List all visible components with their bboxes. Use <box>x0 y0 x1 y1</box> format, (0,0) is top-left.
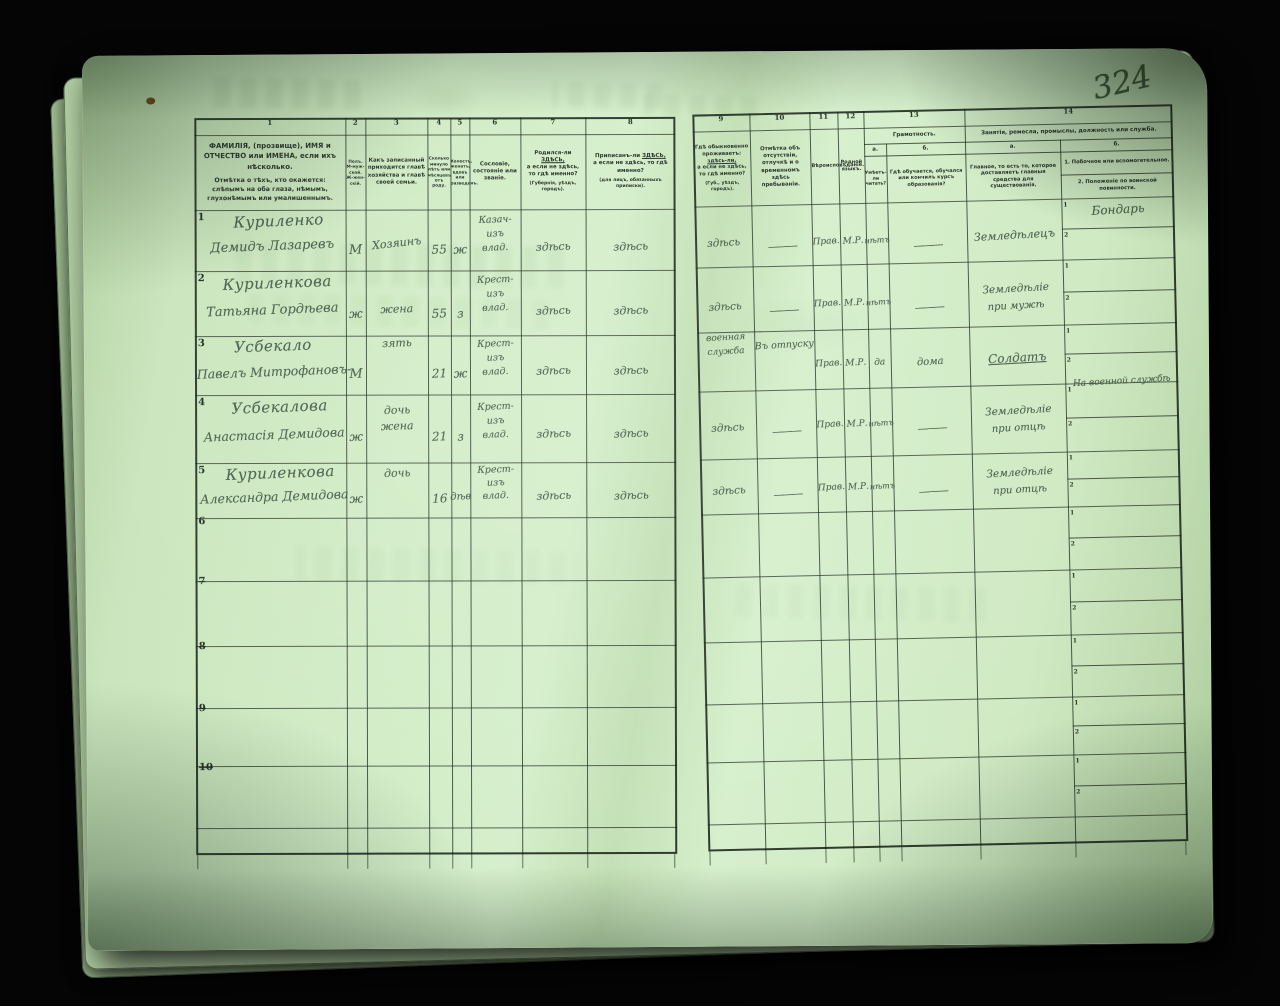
header-col13a: Умѣетъ-ли читать? <box>864 156 887 201</box>
subcell-numeral: 2 <box>1076 788 1086 795</box>
hw-reads: нѣтъ <box>869 482 895 491</box>
hw-estate: Казач- <box>469 214 520 225</box>
subcell-numeral: 1 <box>1070 509 1080 516</box>
header-col9: Гдѣ обыкновенно проживаетъ: здѣсь-ли, а … <box>694 132 751 204</box>
book-fold-shadow <box>82 48 1207 56</box>
header-col4: Сколько минуло лѣтъ или мѣсяцевъ отъ род… <box>427 136 450 207</box>
header-col13a-label: а. <box>864 143 886 155</box>
hw-estate: влад. <box>470 490 521 501</box>
header-col7-pre: Родился-ли <box>534 150 571 156</box>
hw-estate: влад. <box>470 242 521 253</box>
header-col11: Вѣроисповѣданіе. <box>811 131 839 203</box>
header-col8-line2: а если не здѣсь, то гдѣ именно? <box>587 160 673 175</box>
header-col8: Приписанъ-ли ЗДѢСЬ, а если не здѣсь, то … <box>587 136 673 207</box>
col-number-3: 3 <box>365 118 427 134</box>
header-col14a: Главное, то есть то, которое доставляетъ… <box>969 153 1057 200</box>
hw-reads: нѣтъ <box>864 236 890 245</box>
header-col9-line1: Гдѣ обыкновенно проживаетъ: здѣсь-ли, <box>694 144 749 165</box>
header-col14b1: 1. Побочное или вспомогательное. <box>1062 150 1171 173</box>
hw-language: М.Р. <box>844 419 870 429</box>
hw-marital: ж <box>449 367 472 380</box>
hw-estate: изъ <box>470 288 521 299</box>
header-col14b2: 2. Положеніе по воинской повинности. <box>1063 173 1172 196</box>
col-number-7: 7 <box>520 117 585 133</box>
header-col12: Родной языкъ. <box>839 130 865 202</box>
open-book-spread: 324 1 2 3 4 5 6 7 8 ФАМИЛІЯ, (прозвище),… <box>82 48 1213 951</box>
row-number: 9 <box>199 703 215 714</box>
subcell-numeral: 1 <box>1071 572 1081 579</box>
col-number-10: 10 <box>749 112 809 129</box>
subcell-numeral: 1 <box>1069 454 1079 461</box>
col-number-12: 12 <box>837 111 863 128</box>
hw-marital: з <box>449 430 472 443</box>
left-page-table: 1 2 3 4 5 6 7 8 ФАМИЛІЯ, (прозвище), ИМЯ… <box>194 117 677 855</box>
header-col1: ФАМИЛІЯ, (прозвище), ИМЯ и ОТЧЕСТВО или … <box>198 137 341 208</box>
bleed-smudge <box>210 77 361 110</box>
subcell-numeral: 1 <box>1073 637 1083 644</box>
binding-hole <box>146 97 155 104</box>
header-col14b-label: б. <box>1060 137 1173 151</box>
header-col9-line2: а если не здѣсь, то гдѣ именно? <box>694 164 749 179</box>
header-col8-pre: Приписанъ-ли <box>595 153 640 159</box>
bleed-crest-smudge <box>412 77 482 121</box>
subcell-numeral: 2 <box>1072 604 1082 611</box>
header-col8-emph: ЗДѢСЬ, <box>642 153 666 159</box>
col-number-9: 9 <box>692 113 749 130</box>
hw-reads: нѣтъ <box>868 419 894 428</box>
header-col7-line2: а если не здѣсь, то гдѣ именно? <box>522 164 583 178</box>
col-number-5: 5 <box>450 117 469 133</box>
header-col5: Холостъ, женатъ, вдовъ или разведенъ. <box>450 136 469 207</box>
subcell-numeral: 1 <box>1075 757 1085 764</box>
hw-estate: влад. <box>470 302 521 313</box>
header-col1-main: ФАМИЛІЯ, (прозвище), ИМЯ и ОТЧЕСТВО или … <box>198 141 341 173</box>
hw-faith: Прав. <box>816 420 844 431</box>
hw-estate: влад. <box>470 429 521 440</box>
subcell-numeral: 2 <box>1068 420 1078 427</box>
row-number: 10 <box>199 762 215 773</box>
hw-marital: з <box>449 307 472 320</box>
col-number-2: 2 <box>345 118 365 134</box>
hw-estate: Крест- <box>470 338 521 349</box>
col-number-1: 1 <box>194 118 345 134</box>
col-number-4: 4 <box>427 117 450 133</box>
hw-reads: нѣтъ <box>865 298 891 307</box>
hw-estate: изъ <box>469 228 520 239</box>
header-col9-note: (Губ., уѣздъ, городъ). <box>695 180 750 193</box>
hw-relation: дочь <box>366 466 428 479</box>
header-col7-emph: ЗДѢСЬ, <box>541 157 565 163</box>
hw-relation: жена <box>366 419 428 432</box>
subcell-numeral: 1 <box>1074 699 1084 706</box>
header-col14a-label: а. <box>965 140 1060 154</box>
header-col13b: Гдѣ обучается, обучался или кончилъ курс… <box>888 155 964 202</box>
row-number: 8 <box>199 641 215 652</box>
subcell-numeral: 1 <box>1065 262 1075 269</box>
header-col13b-label: б. <box>886 142 965 156</box>
hw-sex: ж <box>344 430 368 443</box>
col-number-13: 13 <box>863 109 964 127</box>
hw-estate: Крест- <box>470 401 521 412</box>
subcell-numeral: 2 <box>1075 728 1085 735</box>
header-col3: Какъ записанный приходится главѣ хозяйст… <box>367 137 425 208</box>
header-col7-line1: Родился-ли ЗДѢСЬ, <box>522 150 583 164</box>
right-page-table: 9 10 11 12 13 14 Гдѣ обыкновенно прожива… <box>692 104 1188 851</box>
hw-estate: Крест- <box>470 274 521 285</box>
subcell-numeral: 1 <box>1066 327 1076 334</box>
col-number-11: 11 <box>809 112 837 129</box>
header-col10: Отмѣтка объ отсутствіи, отлучкѣ и о врем… <box>751 131 811 203</box>
census-scan-stage: 324 1 2 3 4 5 6 7 8 ФАМИЛІЯ, (прозвище),… <box>0 0 1280 1006</box>
hw-sex: М <box>343 243 367 257</box>
hw-sex: ж <box>344 492 368 505</box>
hw-marital: ж <box>448 243 471 256</box>
hw-faith: Прав. <box>813 299 841 310</box>
hw-language: М.Р. <box>840 236 866 246</box>
line-overrun <box>196 854 677 869</box>
subcell-numeral: 2 <box>1064 231 1074 238</box>
row-number: 7 <box>199 576 215 587</box>
header-col9-emph: здѣсь-ли, <box>707 157 736 164</box>
hw-marital: дѣв <box>449 492 472 503</box>
col-number-6: 6 <box>469 117 520 133</box>
row-number: 6 <box>198 516 214 527</box>
hw-faith: Прав. <box>815 359 843 370</box>
hw-language: М.Р. <box>843 358 869 368</box>
header-col6: Сословіе, состояніе или званіе. <box>471 136 518 207</box>
subcell-numeral: 2 <box>1073 668 1083 675</box>
hw-faith: Прав. <box>817 483 845 494</box>
subcell-numeral: 2 <box>1067 356 1077 363</box>
hw-estate: изъ <box>470 352 521 363</box>
hw-estate: изъ <box>470 415 521 426</box>
col-number-8: 8 <box>585 117 675 133</box>
header-col7-note: (Губернія, уѣздъ, городъ). <box>522 181 583 193</box>
subcell-numeral: 2 <box>1065 294 1075 301</box>
header-col1-note: Отмѣтка о тѣхъ, кто окажется: слѣпымъ на… <box>198 177 341 204</box>
header-col8-note: (для лицъ, обязанныхъ приписки). <box>587 178 673 190</box>
hw-estate: изъ <box>470 477 521 488</box>
hw-relation: дочь <box>366 403 428 416</box>
hw-estate: Крест- <box>470 464 521 475</box>
header-col2: Полъ. М-муж-ской. Ж-жен-скій. <box>345 137 365 208</box>
header-col7: Родился-ли ЗДѢСЬ, а если не здѣсь, то гд… <box>522 136 583 207</box>
header-col9-pre: Гдѣ обыкновенно проживаетъ: <box>695 144 748 158</box>
hw-relation: зять <box>366 336 428 349</box>
subcell-numeral: 2 <box>1069 481 1079 488</box>
hw-reads: да <box>867 358 893 368</box>
hw-relation: жена <box>366 302 428 315</box>
subcell-numeral: 2 <box>1071 540 1081 547</box>
hw-language: М.Р. <box>841 298 867 308</box>
hw-sex: М <box>344 367 368 381</box>
hw-language: М.Р. <box>845 482 871 492</box>
header-col13-title: Грамотность. <box>864 127 965 143</box>
hw-estate: влад. <box>470 366 521 377</box>
hw-faith: Прав. <box>812 237 840 248</box>
hw-sex: ж <box>344 307 368 320</box>
